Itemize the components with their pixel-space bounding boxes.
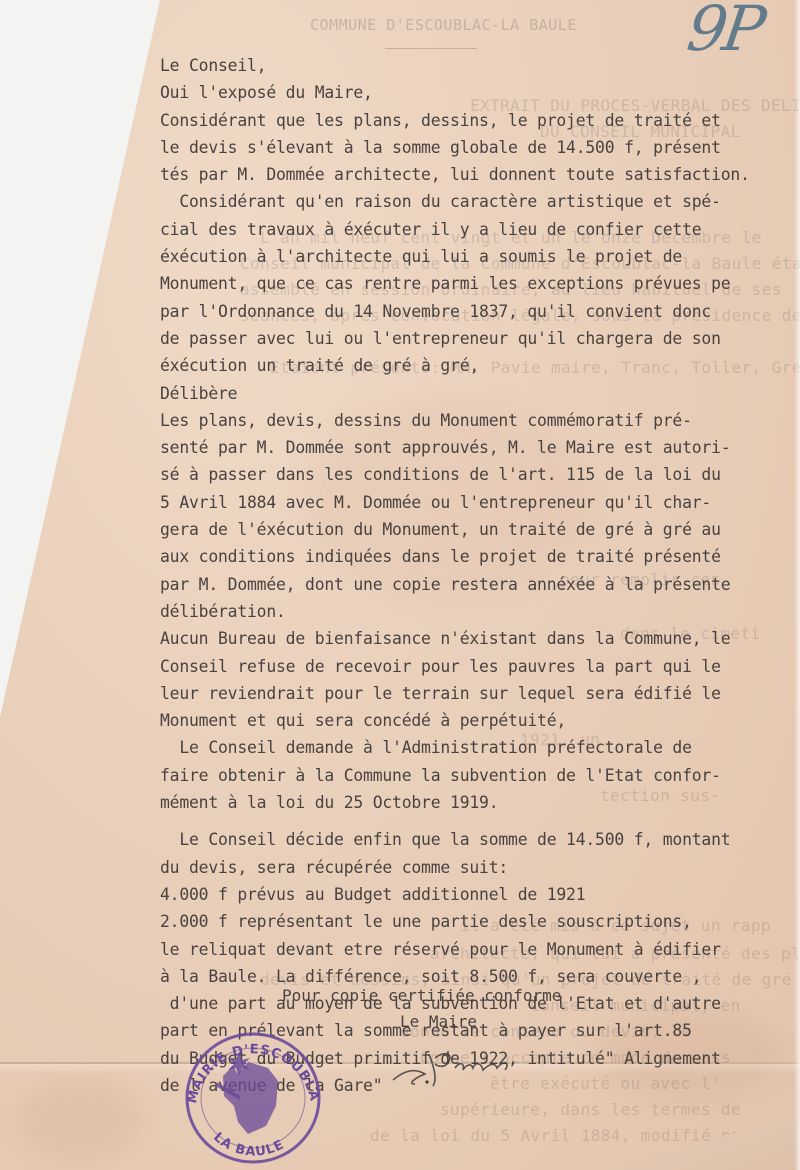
text-line: de passer avec lui ou l'entrepreneur qu'…	[160, 325, 800, 352]
text-line: Oui l'exposé du Maire,	[160, 79, 800, 106]
typed-body: Le Conseil, Oui l'exposé du Maire, Consi…	[160, 52, 800, 1099]
section-heading-delibere: Délibère	[160, 380, 800, 407]
letterhead-rule	[385, 48, 477, 49]
text-line: le devis s'élevant à la somme globale de…	[160, 134, 800, 161]
text-line: Le Conseil demande à l'Administration pr…	[160, 734, 800, 761]
text-line: faire obtenir à la Commune la subvention…	[160, 762, 800, 789]
text-line: Les plans, devis, dessins du Monument co…	[160, 407, 800, 434]
text-line: Considérant qu'en raison du caractère ar…	[160, 188, 800, 215]
mayor-signature	[385, 1040, 545, 1090]
text-line: mément à la loi du 25 Octobre 1919.	[160, 789, 800, 816]
text-line: par l'Ordonnance du 14 Novembre 1837, qu…	[160, 298, 800, 325]
text-line: par M. Dommée, dont une copie restera an…	[160, 571, 800, 598]
text-line: gera de l'éxécution du Monument, un trai…	[160, 516, 800, 543]
text-line: délibération.	[160, 598, 800, 625]
certification-line: Pour copie certifiée conforme	[282, 986, 561, 1005]
text-line: Monument, que ce cas rentre parmi les ex…	[160, 270, 800, 297]
budget-line: 2.000 f représentant le une partie desle…	[160, 908, 800, 935]
text-line: Conseil refuse de recevoir pour les pauv…	[160, 653, 800, 680]
text-line: Le Conseil décide enfin que la somme de …	[160, 826, 800, 853]
text-line: tés par M. Dommée architecte, lui donnen…	[160, 161, 800, 188]
letterhead-bleed: COMMUNE D'ESCOUBLAC-LA BAULE	[310, 16, 577, 34]
budget-line: 4.000 f prévus au Budget additionnel de …	[160, 881, 800, 908]
text-line: senté par M. Dommée sont approuvés, M. l…	[160, 434, 800, 461]
text-line: Monument et qui sera concédé à perpétuit…	[160, 707, 800, 734]
bleed-through-text: supérieure, dans les termes de	[440, 1100, 741, 1119]
text-line: leur reviendrait pour le terrain sur leq…	[160, 680, 800, 707]
paper-stain	[20, 1080, 140, 1160]
signatory-title: Le Maire	[400, 1012, 477, 1031]
text-line: le reliquat devant etre réservé pour le …	[160, 936, 800, 963]
text-line: du devis, sera récupérée comme suit:	[160, 854, 800, 881]
text-line: Le Conseil,	[160, 52, 800, 79]
text-line: éxécution un traité de gré à gré,	[160, 352, 800, 379]
text-line: 5 Avril 1884 avec M. Dommée ou l'entrepr…	[160, 489, 800, 516]
mairie-stamp: MAIRIE D'ESCOUBLAC LA BAULE	[178, 1026, 328, 1166]
text-line: Considérant que les plans, dessins, le p…	[160, 107, 800, 134]
text-line: Aucun Bureau de bienfaisance n'éxistant …	[160, 625, 800, 652]
text-line: cial des travaux à éxécuter il y a lieu …	[160, 216, 800, 243]
text-line: éxécution à l'architecte qui lui a soumi…	[160, 243, 800, 270]
text-line: aux conditions indiquées dans le projet …	[160, 543, 800, 570]
text-line: sé à passer dans les conditions de l'art…	[160, 461, 800, 488]
